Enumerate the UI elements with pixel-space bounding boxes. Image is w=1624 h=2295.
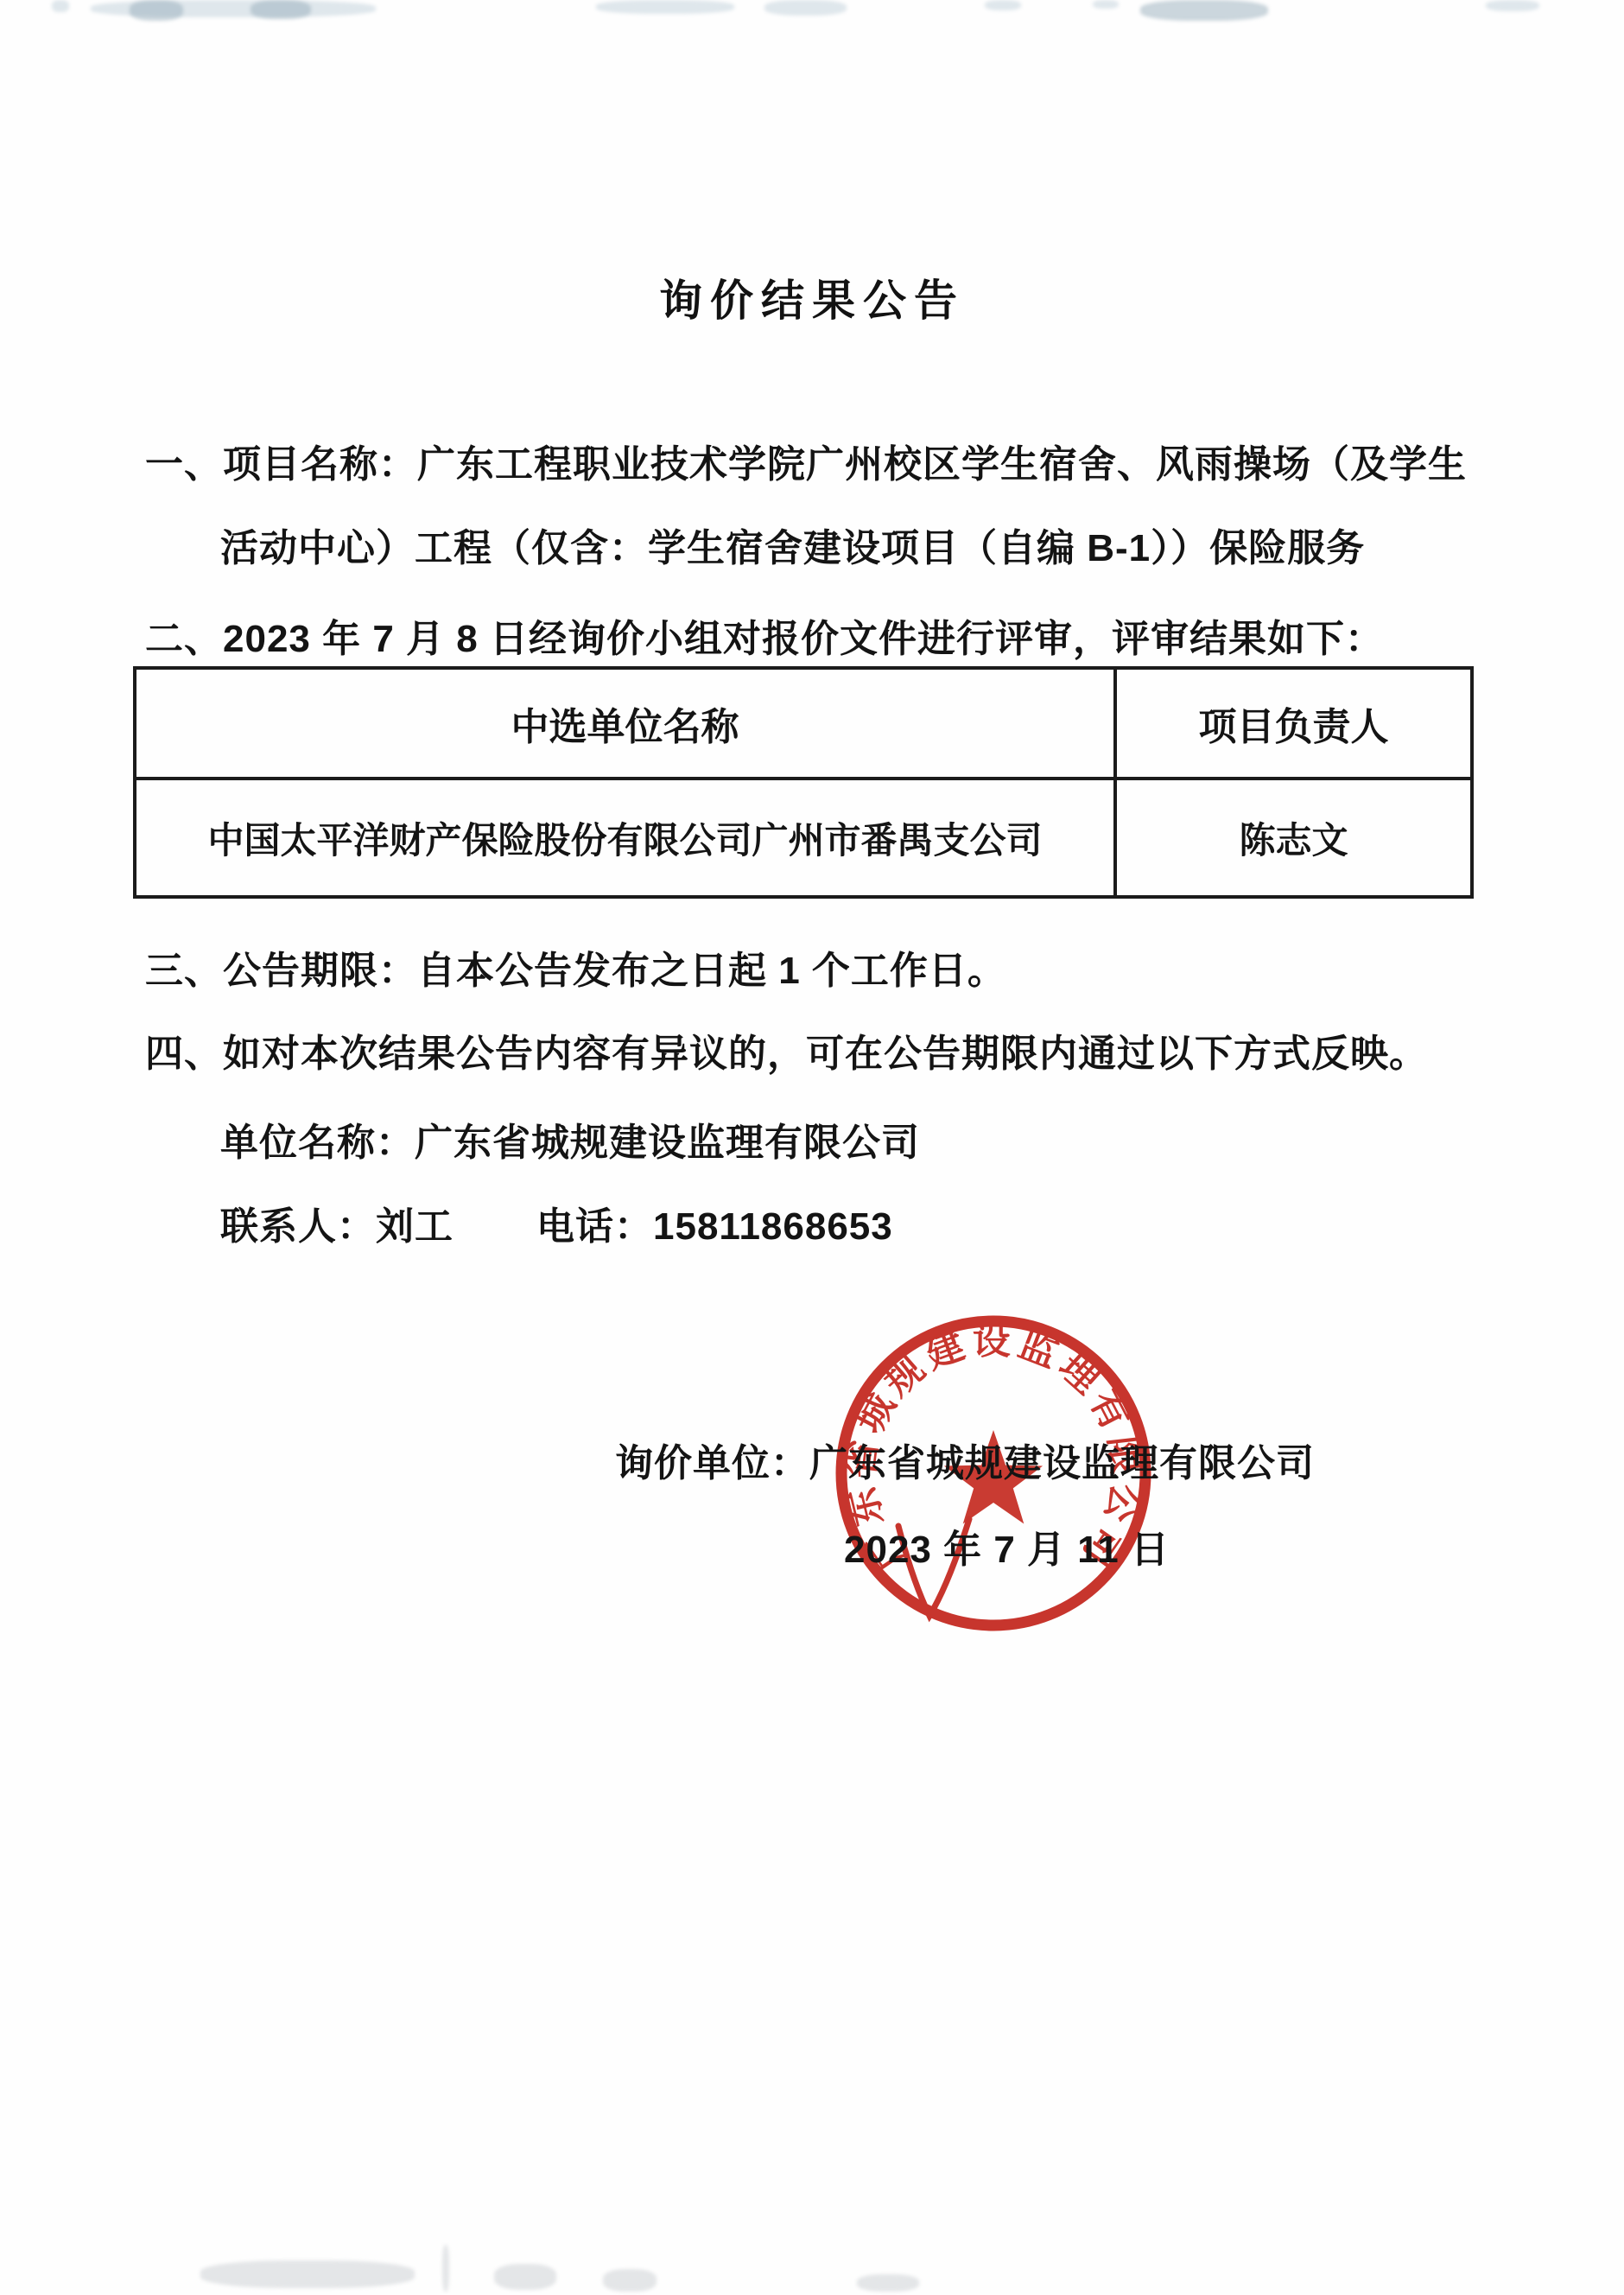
scan-artifact	[1486, 0, 1539, 11]
scan-artifact	[857, 2274, 919, 2292]
paragraph-objection-notice: 四、如对本次结果公告内容有异议的，可在公告期限内通过以下方式反映。	[145, 1022, 1428, 1078]
scan-artifact	[130, 0, 183, 21]
scan-artifact	[52, 0, 69, 12]
scan-artifact	[442, 2245, 449, 2292]
table-cell-winner: 中国太平洋财产保险股份有限公司广州市番禺支公司	[135, 779, 1115, 897]
scan-artifact	[1093, 0, 1119, 9]
winner-company-name: 中国太平洋财产保险股份有限公司广州市番禺支公司	[207, 820, 1042, 861]
table-header-row: 中选单位名称 项目负责人	[135, 668, 1472, 779]
page-title: 询价结果公告	[0, 266, 1624, 328]
paragraph-announcement-period: 三、公告期限：自本公告发布之日起 1 个工作日。	[145, 939, 1006, 995]
signature-date-line: 2023 年 7 月 11 日	[844, 1518, 1170, 1573]
table-header-manager-label: 项目负责人	[1199, 706, 1389, 748]
scan-artifact	[494, 2264, 556, 2290]
scan-artifact	[1140, 0, 1268, 21]
paragraph-review-result: 二、2023 年 7 月 8 日经询价小组对报价文件进行评审，评审结果如下：	[145, 607, 1384, 663]
scan-artifact	[764, 0, 847, 16]
paragraph-project-name-line1: 一、项目名称：广东工程职业技术学院广州校区学生宿舍、风雨操场（及学生	[145, 433, 1467, 488]
contact-person: 联系人：刘工	[220, 1205, 454, 1248]
scan-artifact	[603, 2269, 657, 2292]
table-cell-manager: 陈志文	[1115, 779, 1472, 897]
table-header-winner-label: 中选单位名称	[511, 706, 739, 748]
table-header-winner: 中选单位名称	[135, 668, 1115, 779]
result-table: 中选单位名称 项目负责人 中国太平洋财产保险股份有限公司广州市番禺支公司 陈志文	[133, 666, 1474, 899]
paragraph-project-name-line2: 活动中心）工程（仅含：学生宿舍建设项目（自编 B-1））保险服务	[220, 517, 1365, 572]
scan-artifact	[596, 0, 734, 14]
contact-row: 联系人：刘工电话：15811868653	[220, 1195, 893, 1250]
scanned-announcement-page: 询价结果公告 一、项目名称：广东工程职业技术学院广州校区学生宿舍、风雨操场（及学…	[0, 0, 1624, 2295]
signature-unit-line: 询价单位：广东省城规建设监理有限公司	[615, 1432, 1315, 1487]
contact-phone: 电话：15811868653	[536, 1205, 893, 1248]
table-header-manager: 项目负责人	[1115, 668, 1472, 779]
table-row: 中国太平洋财产保险股份有限公司广州市番禺支公司 陈志文	[135, 779, 1472, 897]
project-manager-name: 陈志文	[1239, 820, 1348, 861]
scan-artifact	[985, 0, 1021, 10]
scan-artifact	[200, 2260, 415, 2288]
scan-artifact	[251, 0, 311, 19]
contact-company-line: 单位名称：广东省城规建设监理有限公司	[220, 1111, 920, 1167]
